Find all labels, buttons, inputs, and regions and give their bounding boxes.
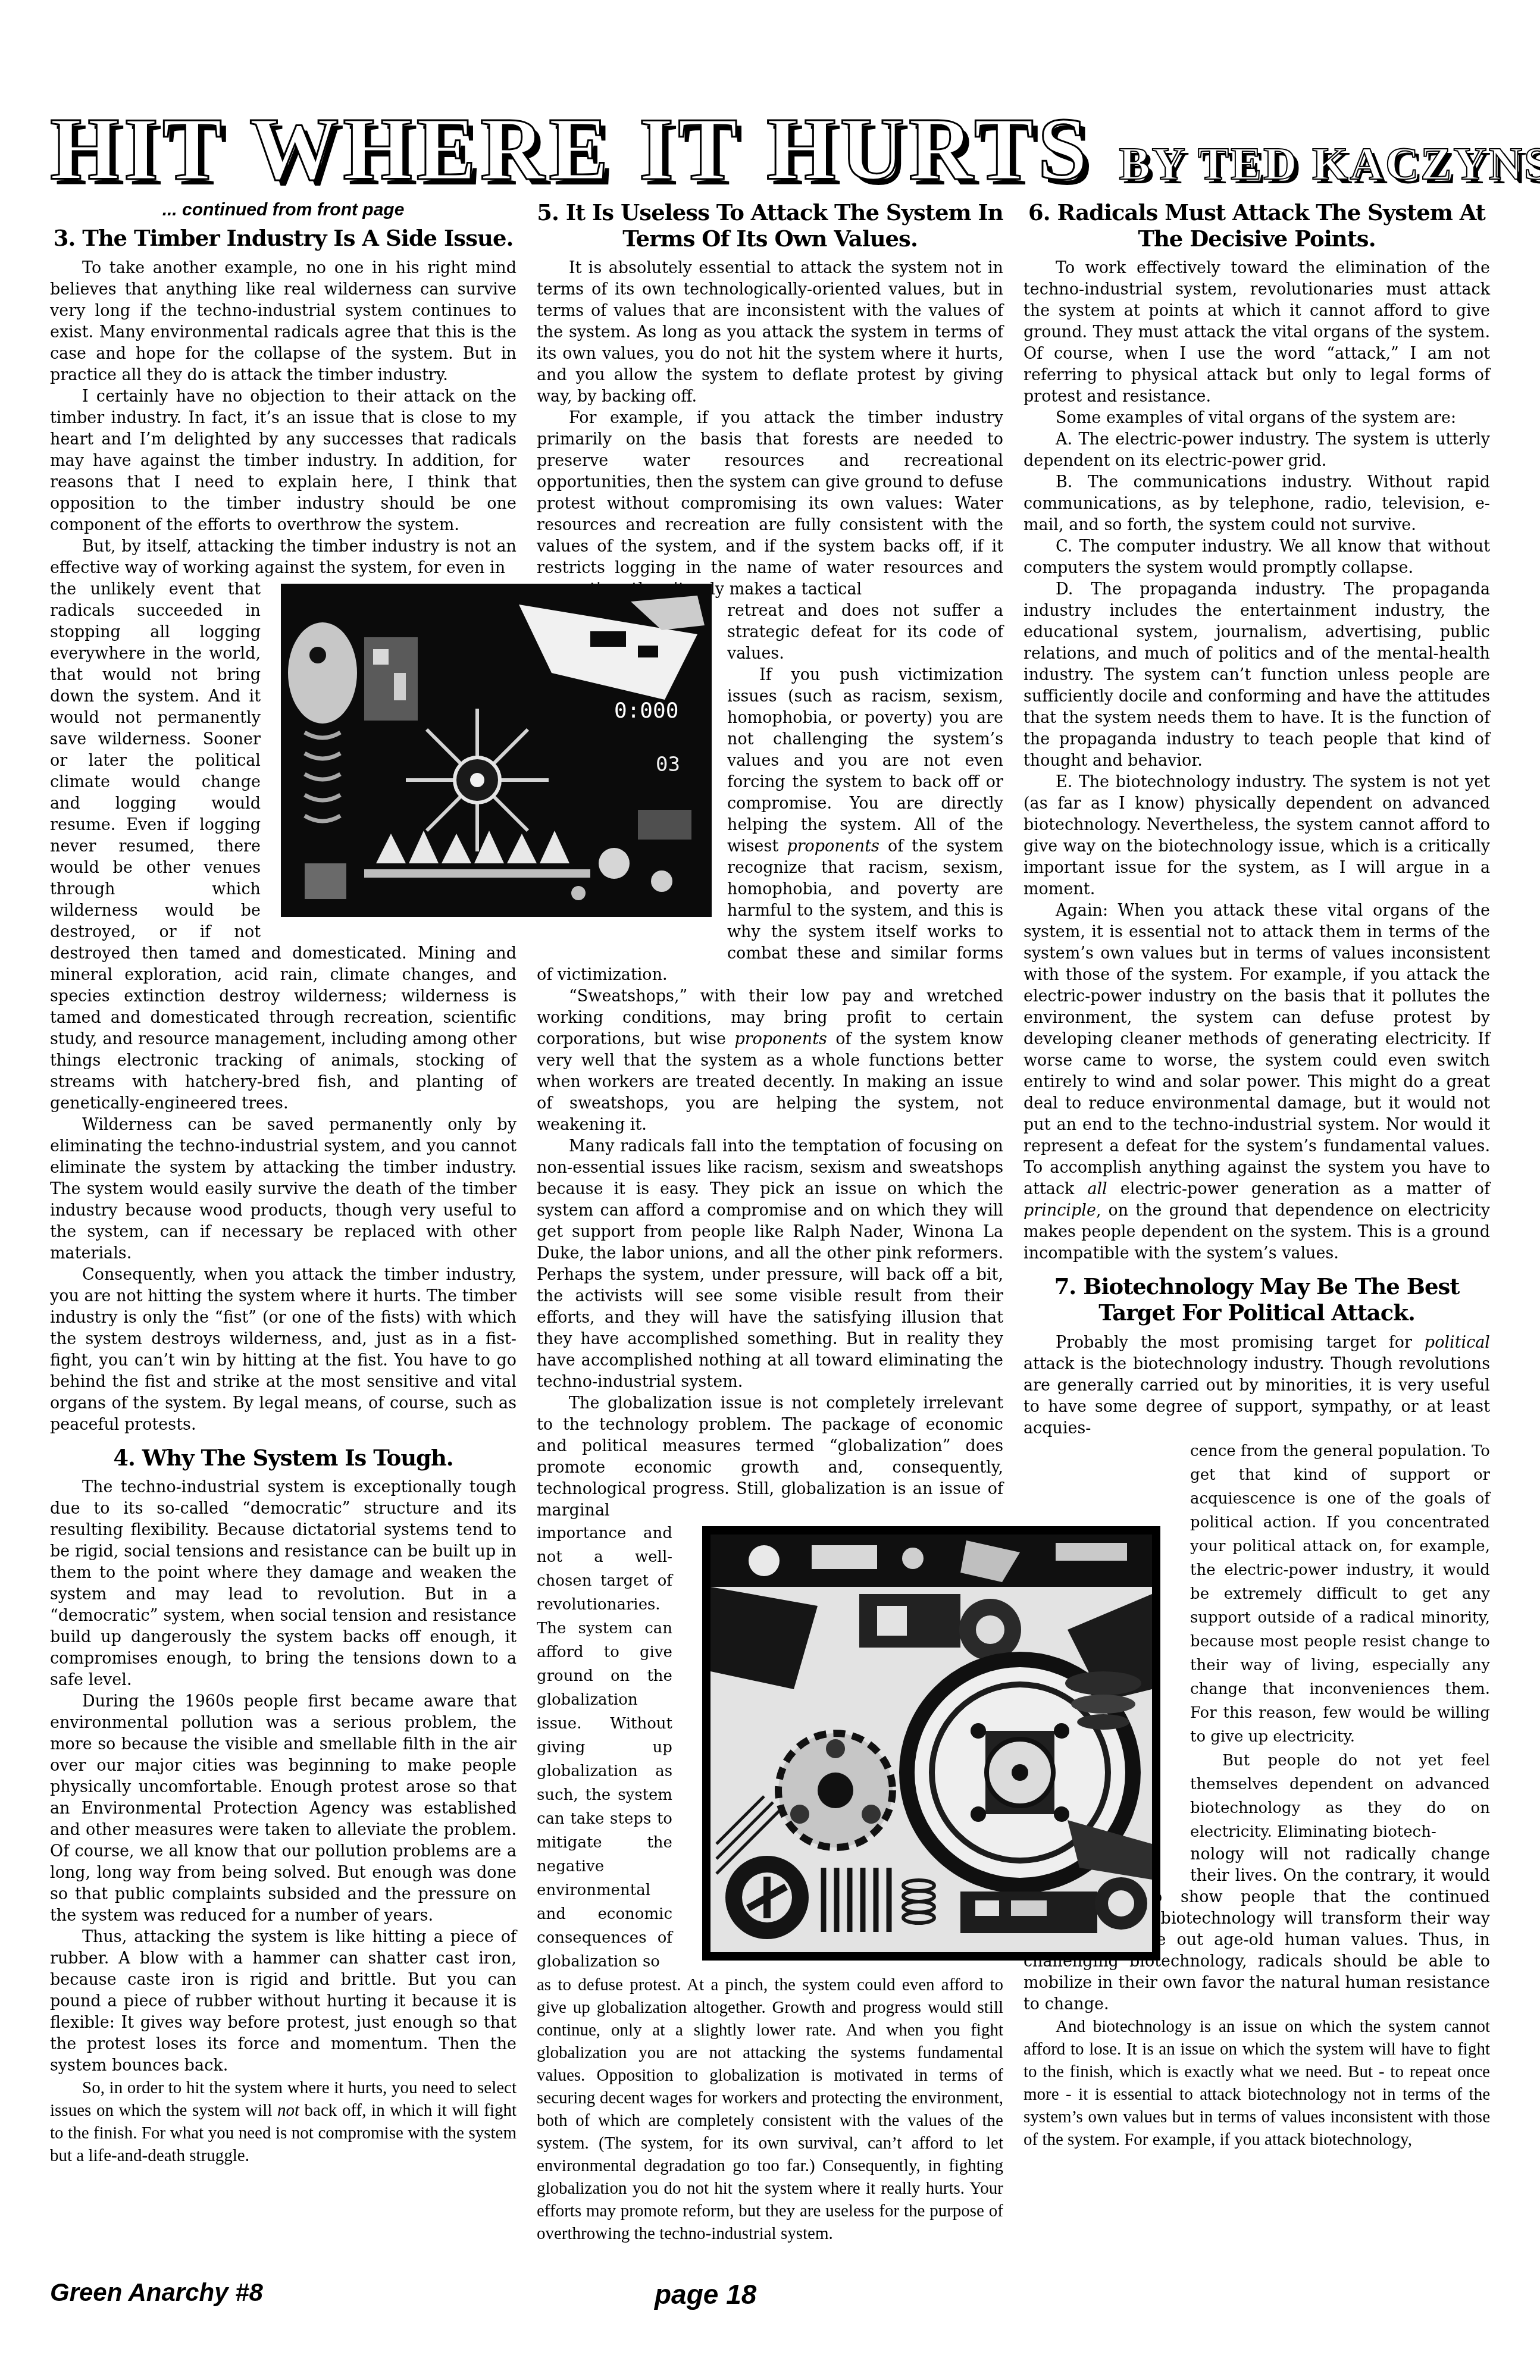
paragraph: Some examples of vital organs of the sys… (1023, 408, 1490, 429)
led-digits-label: 0:000 (614, 699, 678, 723)
section-3-heading: 3. The Timber Industry Is A Side Issue. (50, 226, 517, 252)
photo-collage-1-anchor: 0:000 03 (273, 584, 517, 917)
paragraph: Again: When you attack these vital organ… (1023, 900, 1490, 1264)
paragraph: as to defuse protest. At a pinch, the sy… (537, 1974, 1003, 2245)
section-7-heading: 7. Biotechnology May Be The Best Target … (1023, 1274, 1490, 1326)
paragraph: During the 1960s people first became awa… (50, 1691, 517, 1927)
paragraph: To take another example, no one in his r… (50, 258, 517, 386)
paragraph: Many radicals fall into the temptation o… (537, 1136, 1003, 1393)
paragraph: D. The propaganda industry. The propagan… (1023, 579, 1490, 772)
paragraph: C. The computer industry. We all know th… (1023, 536, 1490, 579)
paragraph: I certainly have no objection to their a… (50, 386, 517, 536)
page-title: HIT WHERE IT HURTS (50, 105, 1092, 194)
paragraph: B. The communications industry. Without … (1023, 472, 1490, 536)
machine-parts-collage-art (710, 1535, 1152, 1952)
machinery-collage-art: 0:000 03 (281, 584, 712, 917)
paragraph: Wilderness can be saved permanently only… (50, 1114, 517, 1264)
byline: BY TED KACZYNSKI (1119, 140, 1540, 187)
paragraph: But, by itself, attacking the timber ind… (50, 536, 517, 579)
paragraph: So, in order to hit the system where it … (50, 2077, 517, 2167)
photo-collage-2-anchor (682, 1526, 1003, 1961)
masthead: HIT WHERE IT HURTS BY TED KACZYNSKI (50, 105, 1490, 194)
paragraph: To work effectively toward the eliminati… (1023, 258, 1490, 408)
paragraph: Consequently, when you attack the timber… (50, 1264, 517, 1436)
publication-name: Green Anarchy #8 (50, 2278, 263, 2307)
led-code-label: 03 (656, 753, 680, 776)
column-1: ... continued from front page 3. The Tim… (50, 200, 517, 2245)
paragraph: The globalization issue is not completel… (537, 1393, 1003, 1521)
paragraph: Probably the most promising target for p… (1023, 1332, 1490, 1439)
machinery-collage-image: 0:000 03 (281, 584, 712, 917)
paragraph: “Sweatshops,” with their low pay and wre… (537, 986, 1003, 1136)
paragraph: For example, if you attack the timber in… (537, 408, 1003, 600)
newspaper-page: HIT WHERE IT HURTS BY TED KACZYNSKI ... … (0, 0, 1540, 2245)
paragraph: Thus, attacking the system is like hitti… (50, 1927, 517, 2077)
machine-parts-collage-image (702, 1526, 1160, 1961)
section-6-heading: 6. Radicals Must Attack The System At Th… (1023, 200, 1490, 252)
paragraph: E. The biotechnology industry. The syste… (1023, 772, 1490, 900)
paragraph: It is absolutely essential to attack the… (537, 258, 1003, 408)
page-footer: Green Anarchy #8 page 18 (50, 2278, 1490, 2332)
section-5-heading: 5. It Is Useless To Attack The System In… (537, 200, 1003, 252)
column-2: 5. It Is Useless To Attack The System In… (537, 200, 1003, 2245)
paragraph: And biotechnology is an issue on which t… (1023, 2015, 1490, 2151)
page-number: page 18 (655, 2278, 756, 2310)
article-columns: ... continued from front page 3. The Tim… (50, 200, 1490, 2245)
section-4-heading: 4. Why The System Is Tough. (50, 1445, 517, 1471)
paragraph: The techno-industrial system is exceptio… (50, 1477, 517, 1691)
continued-note: ... continued from front page (50, 200, 517, 220)
paragraph: A. The electric-power industry. The syst… (1023, 429, 1490, 472)
